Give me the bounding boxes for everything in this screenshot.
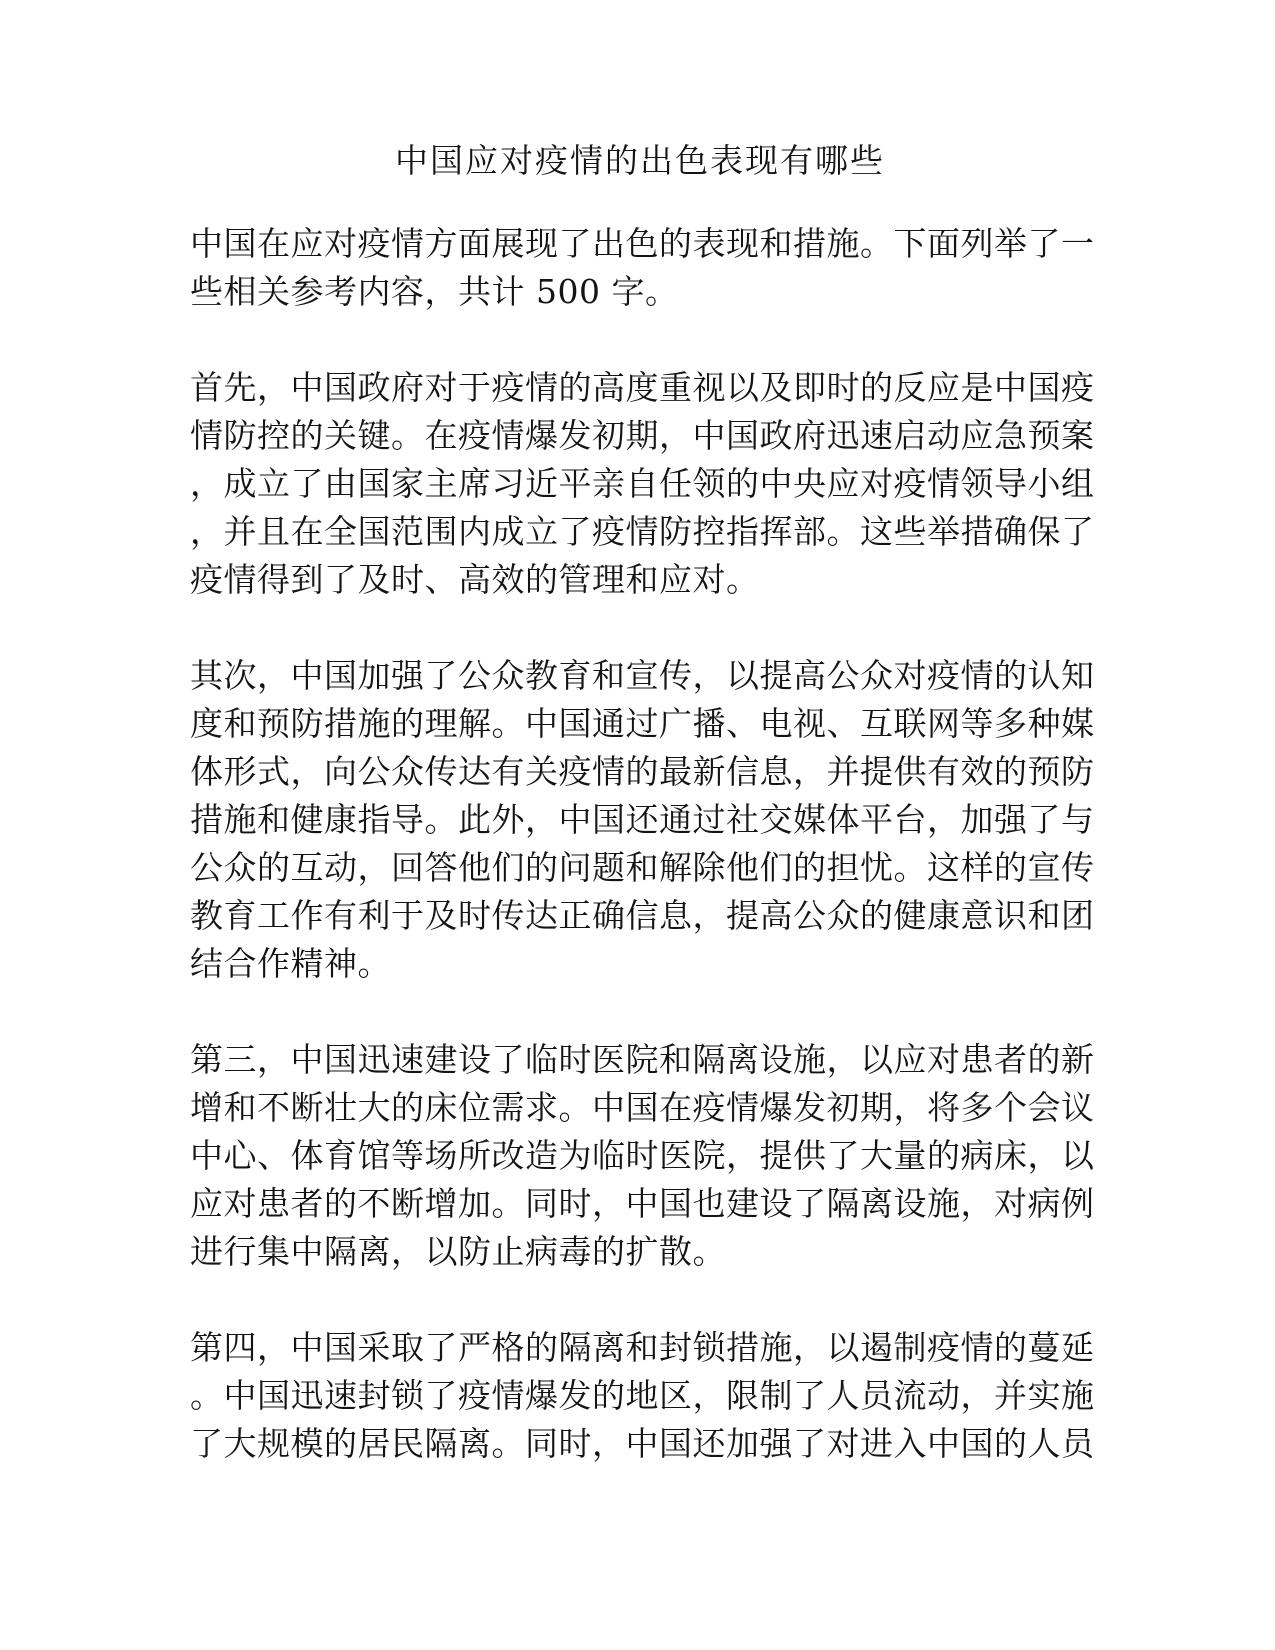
paragraph-second-point: 其次，中国加强了公众教育和宣传，以提高公众对疫情的认知 度和预防措施的理解。中国… <box>190 652 1090 988</box>
document-title: 中国应对疫情的出色表现有哪些 <box>190 137 1090 185</box>
paragraph-first-point: 首先，中国政府对于疫情的高度重视以及即时的反应是中国疫 情防控的关键。在疫情爆发… <box>190 364 1090 604</box>
document-page: 中国应对疫情的出色表现有哪些 中国在应对疫情方面展现了出色的表现和措施。下面列举… <box>0 0 1275 1650</box>
paragraph-fourth-point: 第四，中国采取了严格的隔离和封锁措施，以遏制疫情的蔓延 。中国迅速封锁了疫情爆发… <box>190 1324 1090 1468</box>
paragraph-intro: 中国在应对疫情方面展现了出色的表现和措施。下面列举了一 些相关参考内容，共计 5… <box>190 220 1090 316</box>
paragraph-third-point: 第三，中国迅速建设了临时医院和隔离设施，以应对患者的新 增和不断壮大的床位需求。… <box>190 1036 1090 1276</box>
